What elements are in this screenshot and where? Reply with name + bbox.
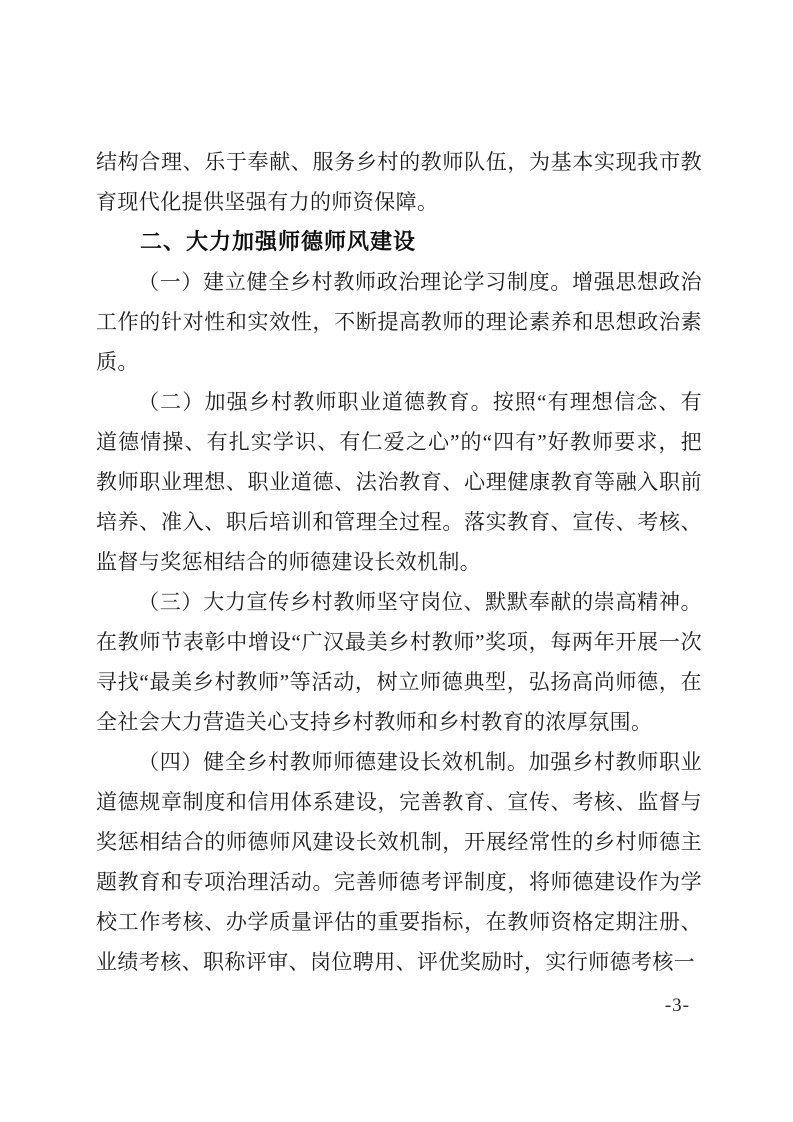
document-body: 结构合理、乐于奉献、服务乡村的教师队伍，为基本实现我市教育现代化提供坚强有力的师…: [96, 142, 702, 982]
document-page: 结构合理、乐于奉献、服务乡村的教师队伍，为基本实现我市教育现代化提供坚强有力的师…: [0, 0, 793, 1122]
paragraph: 结构合理、乐于奉献、服务乡村的教师队伍，为基本实现我市教育现代化提供坚强有力的师…: [96, 142, 702, 222]
section-heading: 二、大力加强师德师风建设: [96, 222, 702, 262]
paragraph: （二）加强乡村教师职业道德教育。按照“有理想信念、有道德情操、有扎实学识、有仁爱…: [96, 382, 702, 582]
paragraph: （一）建立健全乡村教师政治理论学习制度。增强思想政治工作的针对性和实效性，不断提…: [96, 262, 702, 382]
paragraph: （四）健全乡村教师师德建设长效机制。加强乡村教师职业道德规章制度和信用体系建设，…: [96, 742, 702, 982]
page-number: -3-: [665, 995, 690, 1017]
paragraph: （三）大力宣传乡村教师坚守岗位、默默奉献的崇高精神。在教师节表彰中增设“广汉最美…: [96, 582, 702, 742]
